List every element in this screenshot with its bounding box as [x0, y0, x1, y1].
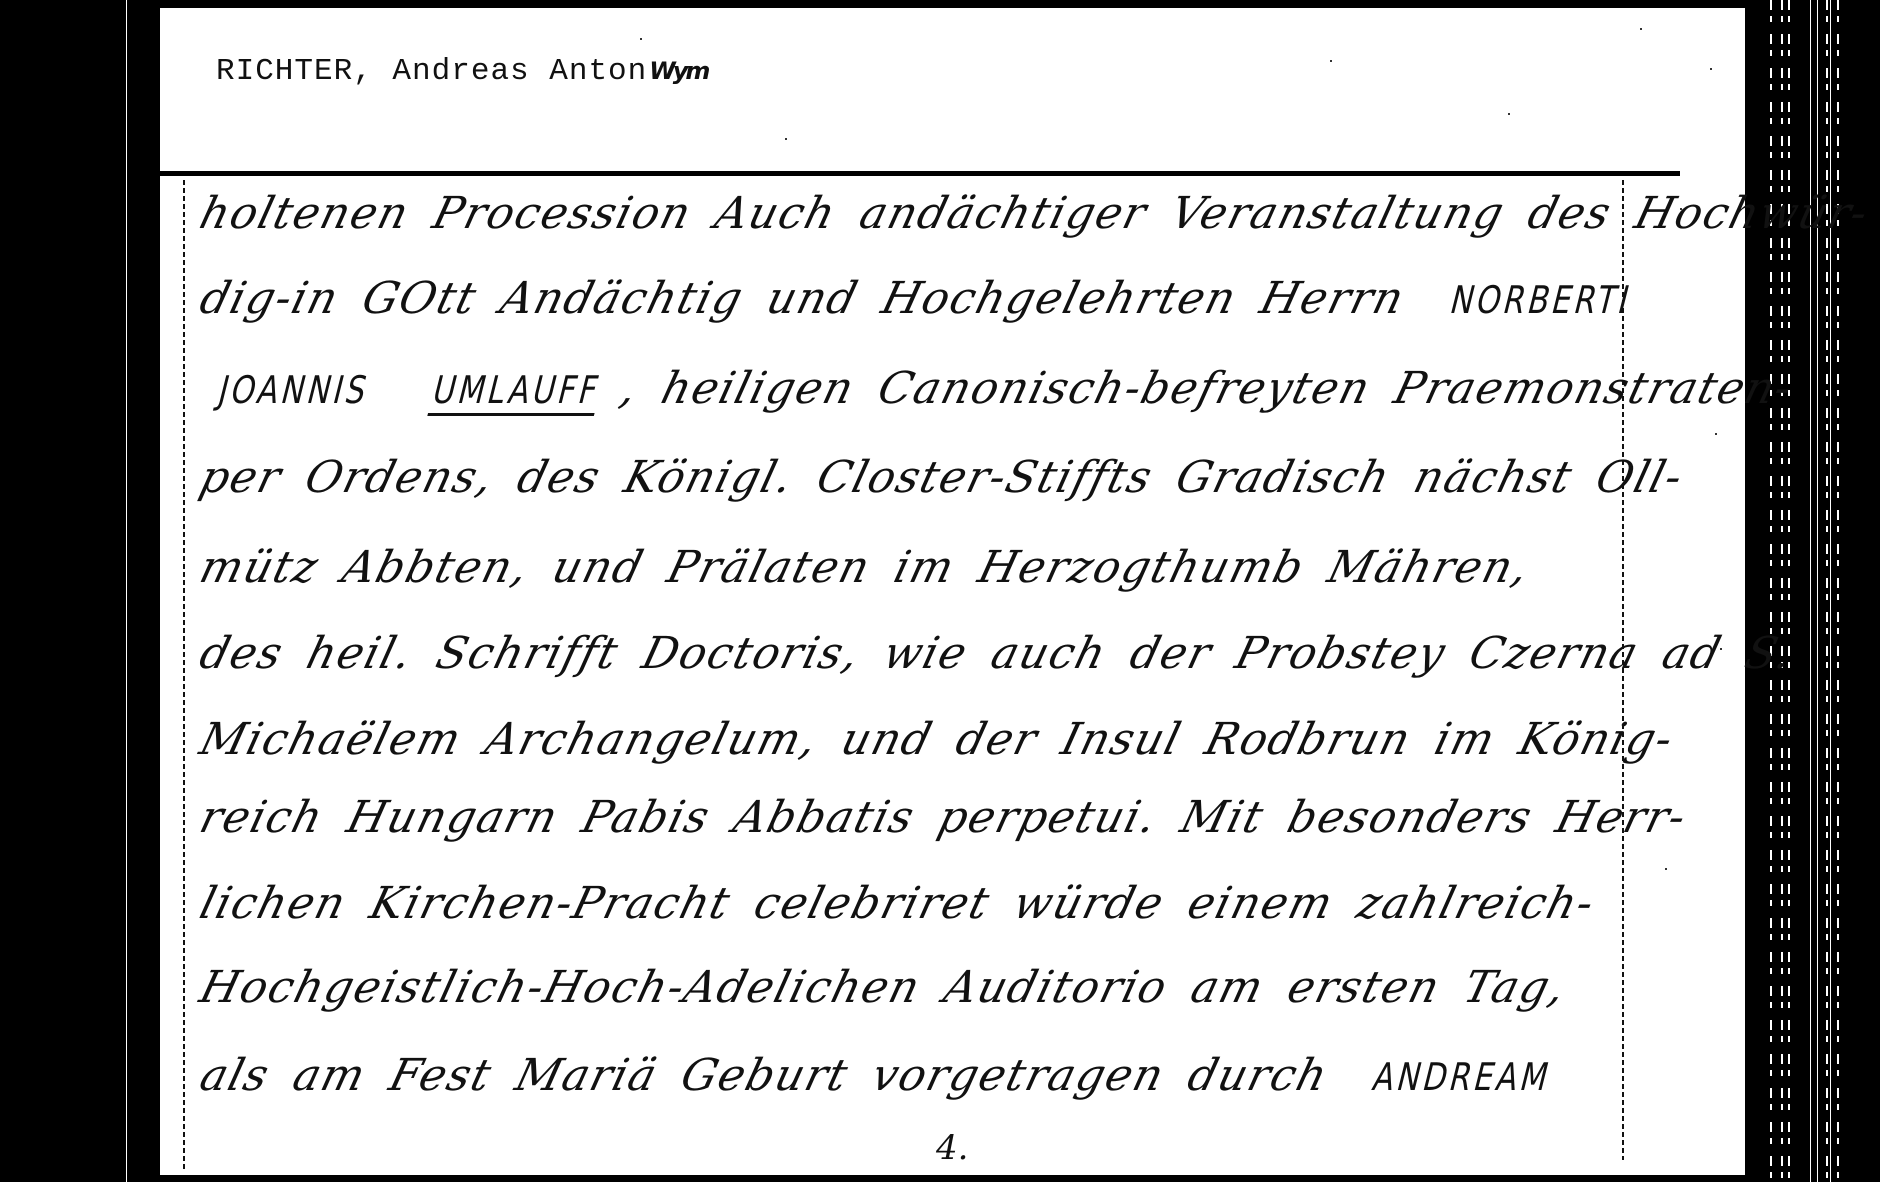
scan-speck: [1508, 113, 1510, 115]
name-norberti: NORBERTI: [1444, 272, 1638, 328]
text-line-6: des heil. Schrifft Doctoris, wie auch de…: [194, 626, 1628, 682]
scan-edge-streak: [1788, 0, 1790, 1182]
scan-speck: [640, 38, 642, 40]
page-number: 4.: [936, 1128, 968, 1168]
text-line-11: als am Fest Mariä Geburt vorgetragen dur…: [194, 1048, 1628, 1105]
name-joannis: JOANNIS: [213, 362, 376, 418]
text-line-8: reich Hungarn Pabis Abbatis perpetui. Mi…: [194, 790, 1628, 846]
name-umlauff-underlined: UMLAUFF: [427, 362, 607, 418]
text-line-3: JOANNIS UMLAUFF, heiligen Canonisch-befr…: [194, 361, 1628, 418]
scan-speck: [1720, 648, 1722, 650]
scan-edge-streak: [1837, 0, 1839, 1182]
scan-edge-streak: [1810, 0, 1811, 1182]
text-line-1: holtenen Procession Auch andächtiger Ver…: [194, 186, 1628, 242]
scan-edge-streak: [1817, 0, 1818, 1182]
scan-speck: [785, 138, 787, 140]
header-divider: [160, 171, 1680, 176]
text-line-4-script: Ordens, des Königl. Closter-Stiffts Grad…: [300, 452, 1689, 503]
text-line-9: lichen Kirchen-Pracht celebriret würde e…: [194, 876, 1628, 932]
scan-edge-streak: [1826, 0, 1828, 1182]
text-line-7: Michaëlem Archangelum, und der Insul Rod…: [194, 712, 1628, 768]
text-line-4: per Ordens, des Königl. Closter-Stiffts …: [194, 450, 1628, 506]
text-line-5: mütz Abbten, und Prälaten im Herzogthumb…: [194, 540, 1628, 596]
document-page: RICHTER, Andreas AntonWym holtenen Proce…: [160, 8, 1745, 1175]
handwritten-mark: Wym: [649, 57, 707, 85]
text-line-11-script: als am Fest Mariä Geburt vorgetragen dur…: [195, 1050, 1334, 1101]
scan-edge-streak: [126, 0, 127, 1182]
left-margin-border: [183, 180, 185, 1170]
scan-edge-streak: [1830, 0, 1831, 1182]
text-line-2-script: dig-in GOtt Andächtig und Hochgelehrten …: [195, 273, 1410, 324]
scan-speck: [1710, 68, 1712, 70]
name-andream: ANDREAM: [1367, 1049, 1558, 1105]
scan-edge-streak: [1781, 0, 1783, 1182]
scan-speck: [1680, 208, 1682, 210]
record-name: RICHTER, Andreas Anton: [216, 54, 647, 89]
scan-speck: [1665, 868, 1667, 870]
text-line-3-script: , heiligen Canonisch-befreyten Praemonst…: [615, 363, 1798, 414]
text-line-2: dig-in GOtt Andächtig und Hochgelehrten …: [194, 271, 1628, 328]
record-header: RICHTER, Andreas AntonWym: [216, 54, 707, 89]
scan-edge-streak: [1770, 0, 1772, 1182]
text-line-4-prefix: per: [195, 452, 287, 503]
scan-speck: [1715, 433, 1717, 435]
text-line-10: Hochgeistlich-Hoch-Adelichen Auditorio a…: [194, 960, 1628, 1016]
scan-speck: [1640, 28, 1642, 30]
scan-speck: [1330, 60, 1332, 62]
